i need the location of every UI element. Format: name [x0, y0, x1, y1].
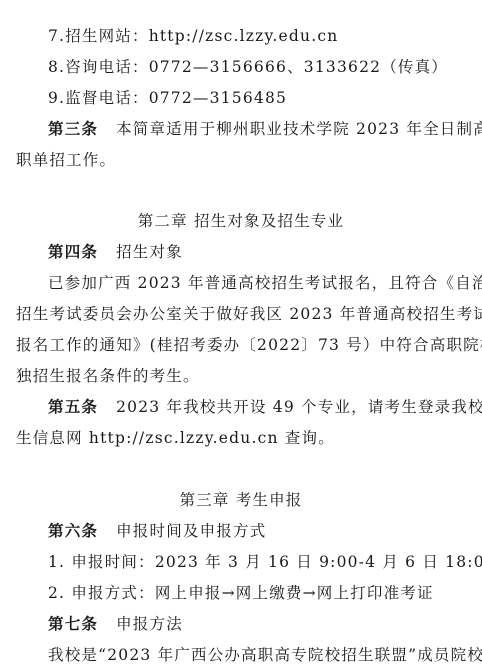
article-4-line-4: 独招生报名条件的考生。	[16, 366, 200, 386]
article-5-line-1: 第五条2023 年我校共开设 49 个专业，请考生登录我校招	[48, 397, 482, 417]
article-6-heading-line: 第六条申报时间及申报方式	[48, 521, 266, 541]
article-3-label: 第三条	[48, 119, 98, 138]
article-6-label: 第六条	[48, 521, 98, 540]
article-4-line-1: 已参加广西 2023 年普通高校招生考试报名，且符合《自治区	[48, 273, 482, 293]
article-4-heading: 招生对象	[116, 243, 183, 261]
chapter-3-title: 第三章 考生申报	[0, 490, 482, 510]
article-6-item-1: 1. 申报时间：2023 年 3 月 16 日 9:00-4 月 6 日 18:…	[48, 552, 482, 572]
article-5-text: 2023 年我校共开设 49 个专业，请考生登录我校招	[116, 398, 482, 416]
contact-supervision-phone: 9.监督电话：0772—3156485	[48, 88, 287, 108]
article-6-item-2: 2. 申报方式：网上申报→网上缴费→网上打印准考证	[48, 583, 434, 603]
article-4-label: 第四条	[48, 242, 98, 261]
article-7-line-1: 我校是“2023 年广西公办高职高专院校招生联盟”成员院校	[48, 645, 482, 665]
article-3-line-2: 职单招工作。	[16, 150, 116, 170]
article-7-heading: 申报方法	[116, 615, 183, 633]
article-3-text: 本简章适用于柳州职业技术学院 2023 年全日制高	[116, 120, 482, 138]
article-7-label: 第七条	[48, 614, 98, 633]
article-6-heading: 申报时间及申报方式	[116, 522, 266, 540]
article-4-line-2: 招生考试委员会办公室关于做好我区 2023 年普通高校招生考试	[16, 304, 482, 324]
article-3-line-1: 第三条本简章适用于柳州职业技术学院 2023 年全日制高	[48, 119, 482, 139]
article-4-line-3: 报名工作的通知》(桂招考委办〔2022〕73 号）中符合高职院校单	[16, 335, 482, 355]
article-4-heading-line: 第四条招生对象	[48, 242, 183, 262]
contact-phone: 8.咨询电话：0772—3156666、3133622（传真）	[48, 57, 448, 77]
article-7-heading-line: 第七条申报方法	[48, 614, 183, 634]
chapter-2-title: 第二章 招生对象及招生专业	[0, 211, 482, 231]
contact-website: 7.招生网站：http://zsc.lzzy.edu.cn	[48, 26, 338, 46]
article-5-line-2: 生信息网 http://zsc.lzzy.edu.cn 查询。	[16, 428, 335, 448]
article-5-label: 第五条	[48, 397, 98, 416]
